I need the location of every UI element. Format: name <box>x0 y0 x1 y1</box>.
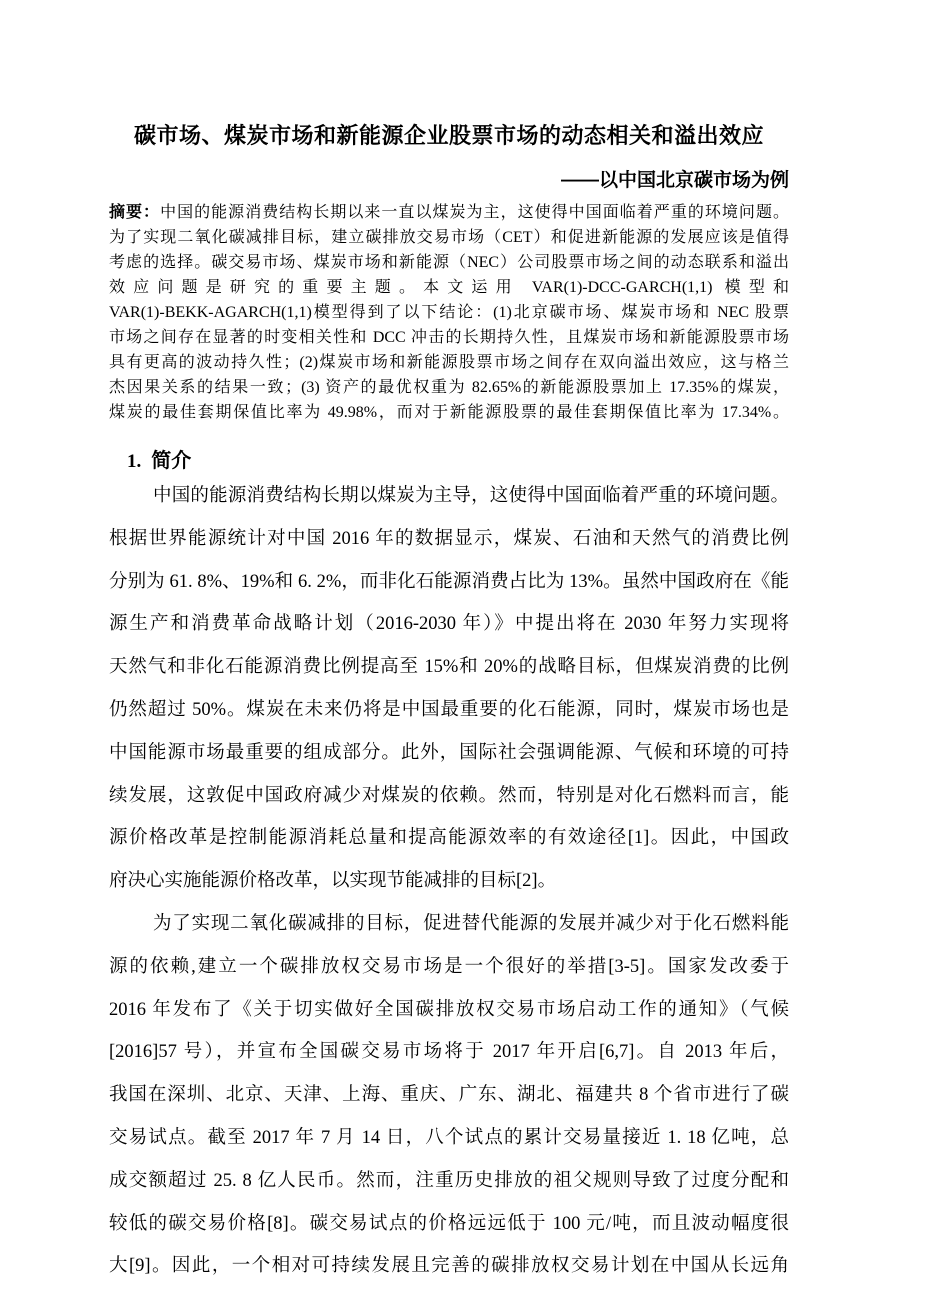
text-line: 为了实现二氧化碳减排的目标，促进替代能源的发展并减少对于化石燃料能 <box>109 903 789 946</box>
text-line: 源生产和消费革命战略计划（2016-2030 年）》中提出将在 2030 年努力… <box>109 603 789 646</box>
text-line: 较低的碳交易价格[8]。碳交易试点的价格远远低于 100 元/吨，而且波动幅度很 <box>109 1203 789 1246</box>
abstract-label: 摘要： <box>109 204 160 221</box>
text-line: 大[9]。因此，一个相对可持续发展且完善的碳排放权交易计划在中国从长远角 <box>109 1245 789 1288</box>
abstract-line: 杰因果关系的结果一致；(3) 资产的最优权重为 82.65%的新能源股票加上 1… <box>109 375 789 400</box>
text-line: 成交额超过 25. 8 亿人民币。然而，注重历史排放的祖父规则导致了过度分配和 <box>109 1160 789 1203</box>
text-line: 中国能源市场最重要的组成部分。此外，国际社会强调能源、气候和环境的可持 <box>109 732 789 775</box>
abstract-line: VAR(1)-BEKK-AGARCH(1,1)模型得到了以下结论：(1)北京碳市… <box>109 300 789 325</box>
abstract-line: 市场之间存在显著的时变相关性和 DCC 冲击的长期持久性，且煤炭市场和新能源股票… <box>109 325 789 350</box>
section-title: 简介 <box>151 450 191 472</box>
text-line: 2016 年发布了《关于切实做好全国碳排放权交易市场启动工作的通知》（气候 <box>109 989 789 1032</box>
abstract-section: 摘要：中国的能源消费结构长期以来一直以煤炭为主，这使得中国面临着严重的环境问题。… <box>109 200 789 425</box>
text-line: 交易试点。截至 2017 年 7 月 14 日，八个试点的累计交易量接近 1. … <box>109 1117 789 1160</box>
text-line: [2016]57 号），并宣布全国碳交易市场将于 2017 年开启[6,7]。自… <box>109 1031 789 1074</box>
abstract-line: 为了实现二氧化碳减排目标，建立碳排放交易市场（CET）和促进新能源的发展应该是值… <box>109 225 789 250</box>
paper-subtitle: ——以中国北京碳市场为例 <box>109 168 789 194</box>
section-heading: 1.简介 <box>109 447 789 475</box>
abstract-line: 摘要：中国的能源消费结构长期以来一直以煤炭为主，这使得中国面临着严重的环境问题。 <box>109 200 789 225</box>
text-line: 根据世界能源统计对中国 2016 年的数据显示，煤炭、石油和天然气的消费比例 <box>109 518 789 561</box>
text-line: 分别为 61. 8%、19%和 6. 2%，而非化石能源消费占比为 13%。虽然… <box>109 561 789 604</box>
text-line: 续发展，这敦促中国政府减少对煤炭的依赖。然而，特别是对化石燃料而言，能 <box>109 775 789 818</box>
text-line: 源的依赖,建立一个碳排放权交易市场是一个很好的举措[3-5]。国家发改委于 <box>109 946 789 989</box>
section-number: 1. <box>127 451 141 472</box>
text-line: 我国在深圳、北京、天津、上海、重庆、广东、湖北、福建共 8 个省市进行了碳 <box>109 1074 789 1117</box>
paper-title: 碳市场、煤炭市场和新能源企业股票市场的动态相关和溢出效应 <box>109 120 789 152</box>
abstract-line: 具有更高的波动持久性；(2)煤炭市场和新能源股票市场之间存在双向溢出效应，这与格… <box>109 350 789 375</box>
abstract-first-line-text: 中国的能源消费结构长期以来一直以煤炭为主，这使得中国面临着严重的环境问题。 <box>160 204 789 221</box>
text-column: 碳市场、煤炭市场和新能源企业股票市场的动态相关和溢出效应 ——以中国北京碳市场为… <box>109 120 789 1288</box>
abstract-line: 煤炭的最佳套期保值比率为 49.98%，而对于新能源股票的最佳套期保值比率为 1… <box>109 400 789 425</box>
document-page: 碳市场、煤炭市场和新能源企业股票市场的动态相关和溢出效应 ——以中国北京碳市场为… <box>0 0 926 1309</box>
abstract-line: 考虑的选择。碳交易市场、煤炭市场和新能源（NEC）公司股票市场之间的动态联系和溢… <box>109 250 789 275</box>
text-line: 中国的能源消费结构长期以煤炭为主导，这使得中国面临着严重的环境问题。 <box>109 475 789 518</box>
introduction-body: 中国的能源消费结构长期以煤炭为主导，这使得中国面临着严重的环境问题。 根据世界能… <box>109 475 789 1288</box>
text-line: 府决心实施能源价格改革，以实现节能减排的目标[2]。 <box>109 860 789 903</box>
text-line: 天然气和非化石能源消费比例提高至 15%和 20%的战略目标，但煤炭消费的比例 <box>109 646 789 689</box>
abstract-line: 效应问题是研究的重要主题。本文运用 VAR(1)-DCC-GARCH(1,1) … <box>109 275 789 300</box>
text-line: 仍然超过 50%。煤炭在未来仍将是中国最重要的化石能源，同时，煤炭市场也是 <box>109 689 789 732</box>
text-line: 源价格改革是控制能源消耗总量和提高能源效率的有效途径[1]。因此，中国政 <box>109 817 789 860</box>
